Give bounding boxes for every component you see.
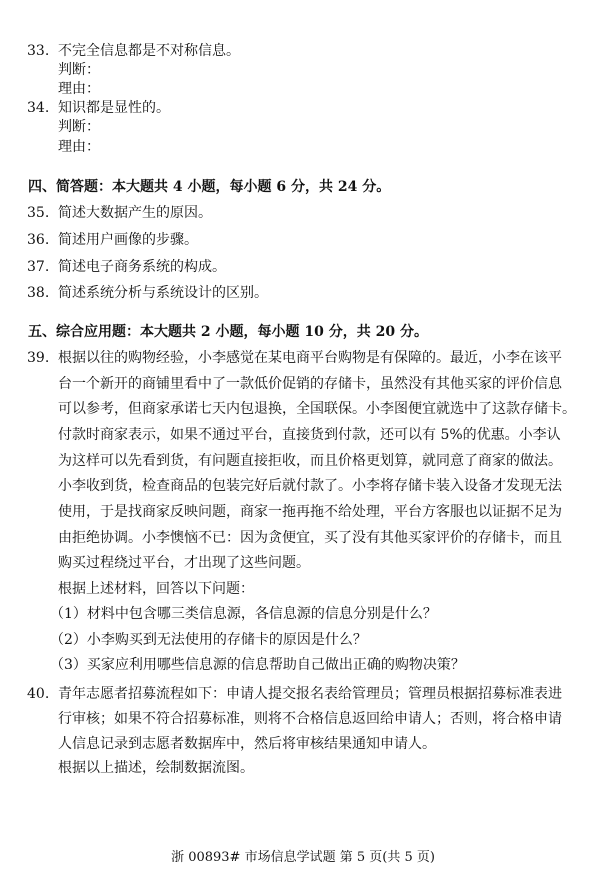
question-number: 34.: [27, 100, 49, 116]
judge-label: 判断：: [58, 119, 100, 135]
question-number: 38.: [27, 285, 49, 301]
question-text: 简述电子商务系统的构成。: [58, 259, 226, 275]
question-text-line: 根据以往的购物经验，小李感觉在某电商平台购物是有保障的。最近，小李在该平: [58, 350, 562, 366]
question-text-line: 由拒绝协调。小李懊恼不已：因为贪便宜，买了没有其他买家评价的存储卡，而且: [58, 530, 562, 546]
question-number: 33.: [27, 43, 49, 59]
page-footer: 浙 00893# 市场信息学试题 第 5 页(共 5 页): [0, 846, 606, 865]
question-text: 简述系统分析与系统设计的区别。: [58, 285, 268, 301]
question-number: 39.: [27, 350, 49, 366]
question-text-line: 小李收到货，检查商品的包装完好后就付款了。小李将存储卡装入设备才发现无法: [58, 478, 562, 494]
question-text-line: 可以参考，但商家承诺七天内包退换，全国联保。小李图便宜就选中了这款存储卡。: [58, 401, 576, 417]
question-text-line: 付款时商家表示，如果不通过平台，直接货到付款，还可以有 5%的优惠。小李认: [58, 427, 561, 443]
question-text-line: 购买过程绕过平台，才出现了这些问题。: [58, 555, 310, 571]
judge-label: 判断：: [58, 62, 100, 78]
question-number: 37.: [27, 259, 49, 275]
question-number: 36.: [27, 232, 49, 248]
question-text-line: 为这样可以先看到货，有问题直接拒收，而且价格更划算，就同意了商家的做法。: [58, 453, 562, 469]
question-text-line: 行审核；如果不符合招募标准，则将不合格信息返回给申请人；否则，将合格申请: [58, 711, 562, 727]
question-text: 不完全信息都是不对称信息。: [58, 43, 240, 59]
question-number: 40.: [27, 686, 49, 702]
question-number: 35.: [27, 205, 49, 221]
question-text-line: 使用，于是找商家反映问题，商家一拖再拖不给处理，平台方客服也以证据不足为: [58, 504, 562, 520]
reason-label: 理由：: [58, 139, 100, 155]
sub-question-2: （2）小李购买到无法使用的存储卡的原因是什么？: [50, 632, 367, 648]
question-prompt: 根据以上描述，绘制数据流图。: [58, 760, 254, 776]
question-text: 简述大数据产生的原因。: [58, 205, 212, 221]
question-text-line: 人信息记录到志愿者数据库中，然后将审核结果通知申请人。: [58, 736, 436, 752]
question-text-line: 台一个新开的商铺里看中了一款低价促销的存储卡，虽然没有其他买家的评价信息: [58, 376, 562, 392]
reason-label: 理由：: [58, 81, 100, 97]
section-4-title: 四、简答题：本大题共 4 小题，每小题 6 分，共 24 分。: [28, 179, 390, 195]
sub-question-3: （3）买家应利用哪些信息源的信息帮助自己做出正确的购物决策？: [50, 657, 465, 673]
question-text: 简述用户画像的步骤。: [58, 232, 198, 248]
section-5-title: 五、综合应用题：本大题共 2 小题，每小题 10 分，共 20 分。: [28, 324, 428, 340]
question-text-line: 青年志愿者招募流程如下：申请人提交报名表给管理员；管理员根据招募标准表进: [58, 686, 562, 702]
sub-question-1: （1）材料中包含哪三类信息源，各信息源的信息分别是什么？: [50, 606, 437, 622]
question-prompt: 根据上述材料，回答以下问题：: [58, 581, 254, 597]
question-text: 知识都是显性的。: [58, 100, 170, 116]
